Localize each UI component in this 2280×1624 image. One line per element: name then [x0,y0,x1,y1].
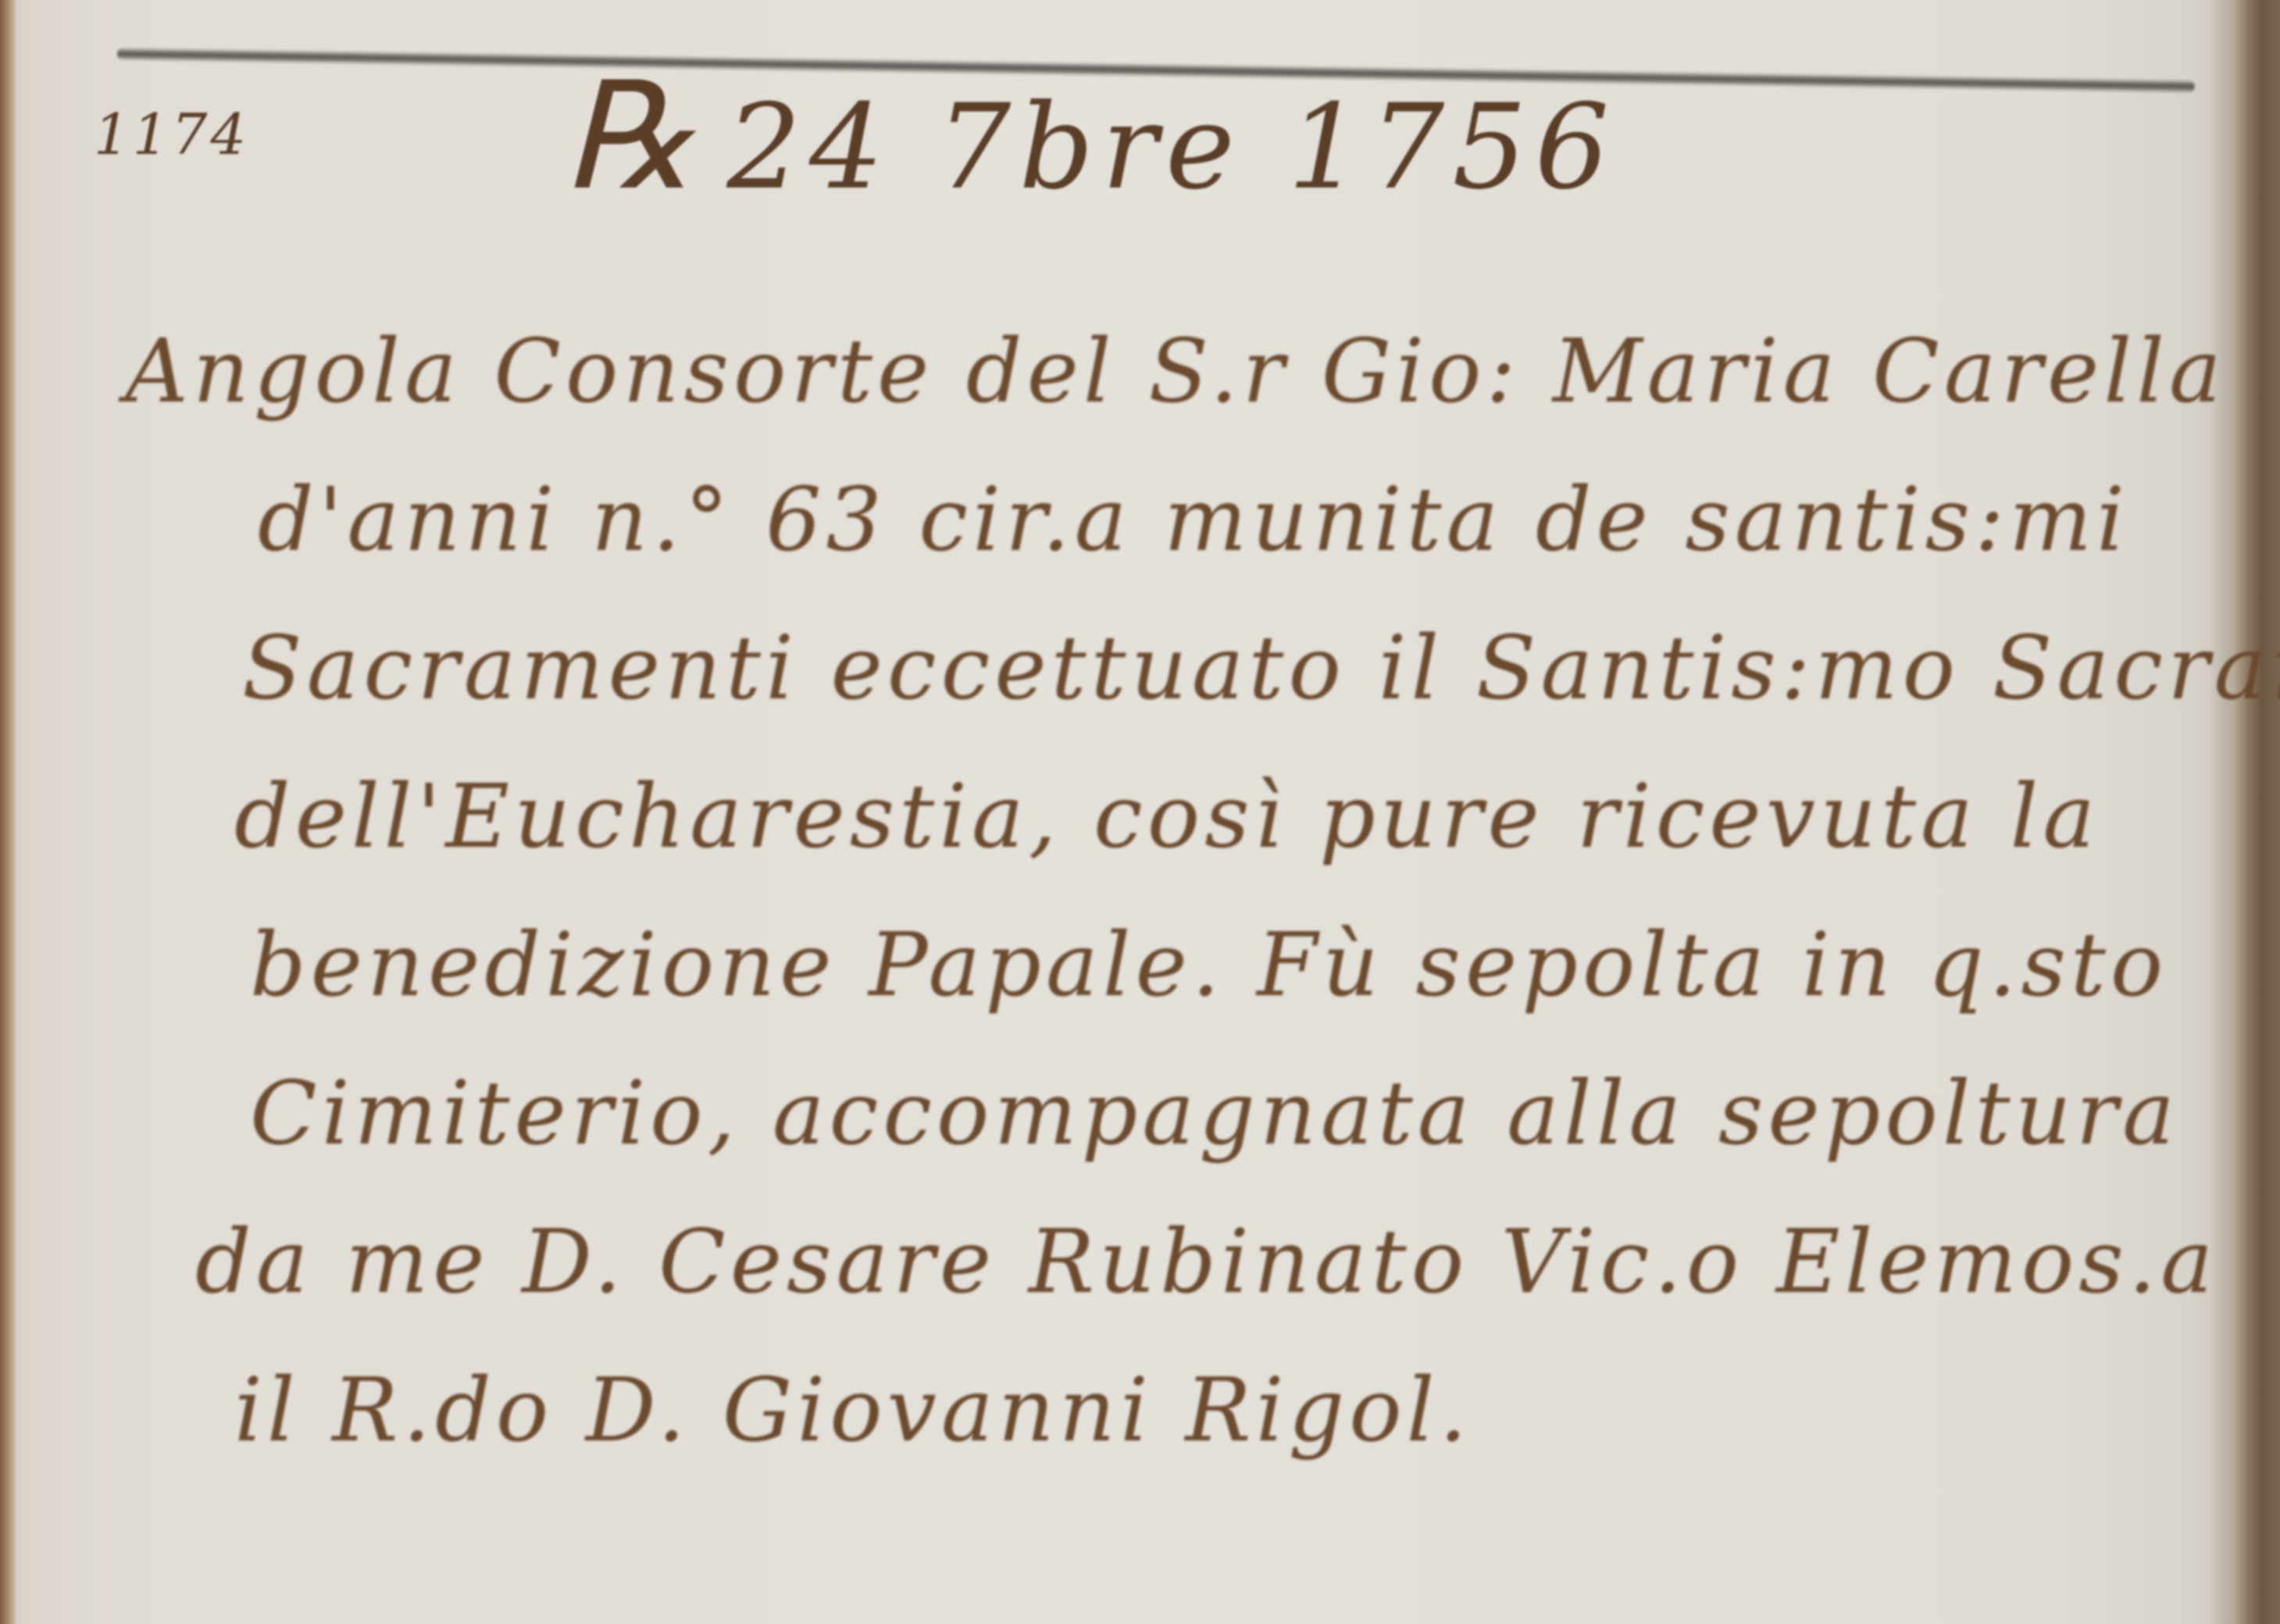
page-left-edge [0,0,17,1624]
book-binding [2233,0,2280,1624]
entry-number: 1174 [94,102,249,167]
entry-heading: ℞ 24 7bre 1756 [562,62,1617,216]
text-line: Cimiterio, accompagnata alla sepoltura [117,1070,2226,1219]
entry-body: Angola Consorte del S.r Gio: Maria Carel… [117,328,2226,1515]
text-line: benedizione Papale. Fù sepolta in q.sto [117,922,2226,1070]
text-line: dell'Eucharestia, così pure ricevuta la [117,773,2226,922]
text-line: d'anni n.° 63 cir.a munita de santis:mi [117,476,2226,625]
text-line: Angola Consorte del S.r Gio: Maria Carel… [117,328,2226,476]
text-line: da me D. Cesare Rubinato Vic.o Elemos.a [117,1219,2226,1367]
text-line: Sacramenti eccettuato il Santis:mo Sacra… [117,625,2226,773]
recipe-symbol-icon: ℞ [562,62,695,211]
entry-date: 24 7bre 1756 [726,80,1617,216]
text-line: il R.do D. Giovanni Rigol. [117,1367,2226,1515]
document-photo: 1174 ℞ 24 7bre 1756 Angola Consorte del … [0,0,2280,1624]
